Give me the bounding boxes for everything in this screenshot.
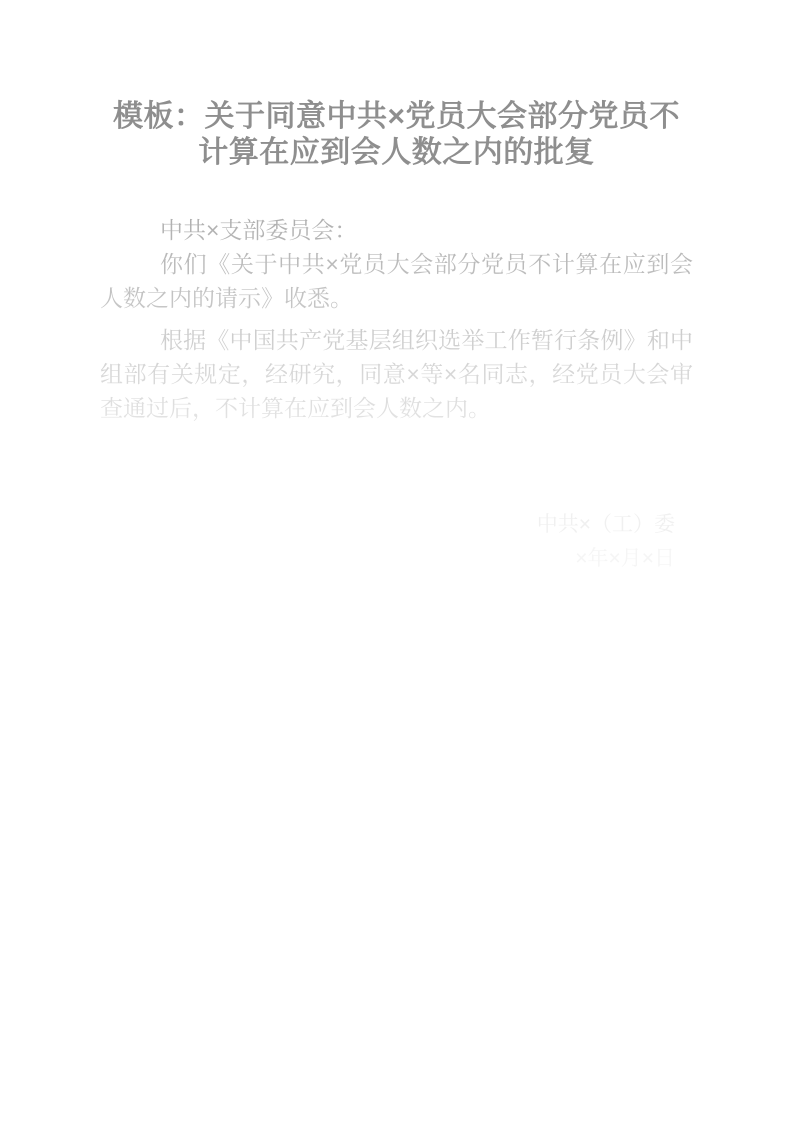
- paragraph-1: 你们《关于中共×党员大会部分党员不计算在应到会人数之内的请示》收悉。: [100, 247, 693, 315]
- document-page: 模板：关于同意中共×党员大会部分党员不 计算在应到会人数之内的批复 中共×支部委…: [0, 0, 793, 1122]
- document-title-line-2: 计算在应到会人数之内的批复: [0, 135, 793, 171]
- document-title: 模板：关于同意中共×党员大会部分党员不 计算在应到会人数之内的批复: [0, 99, 793, 171]
- document-title-line-1: 模板：关于同意中共×党员大会部分党员不: [0, 99, 793, 135]
- document-body: 中共×支部委员会： 你们《关于中共×党员大会部分党员不计算在应到会人数之内的请示…: [100, 213, 693, 425]
- paragraph-2: 根据《中国共产党基层组织选举工作暂行条例》和中组部有关规定，经研究，同意×等×名…: [100, 323, 693, 425]
- salutation: 中共×支部委员会：: [100, 213, 693, 247]
- signature-block: 中共×（工）委 ×年×月×日: [100, 508, 693, 576]
- signature-date: ×年×月×日: [100, 542, 675, 576]
- signature-organization: 中共×（工）委: [100, 508, 675, 542]
